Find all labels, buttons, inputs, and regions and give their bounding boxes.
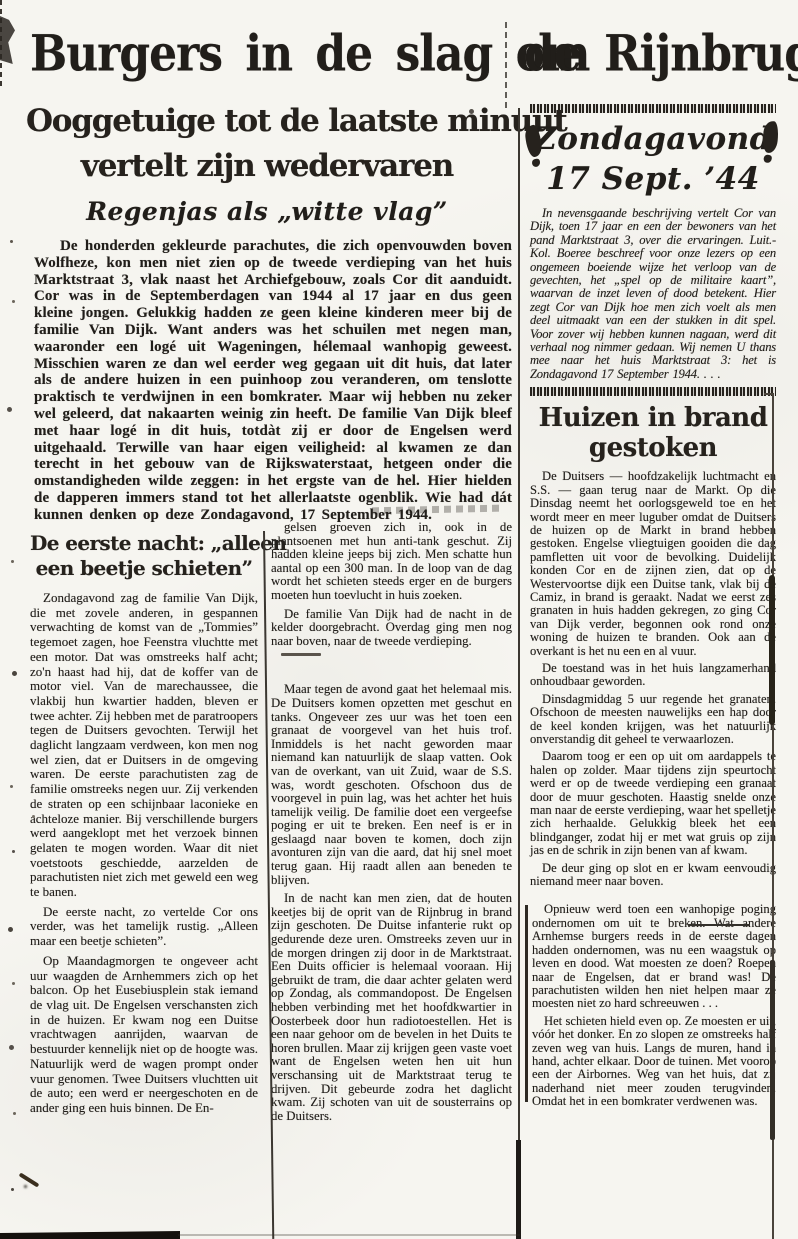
column-divider-main-heavy (516, 1140, 521, 1239)
scan-edge-bar-faint (178, 1234, 520, 1236)
subheadline: Ooggetuige tot de laatste minuut vertelt… (26, 99, 508, 189)
headline-column-divider (505, 22, 507, 108)
scan-right-edge-blob-lower (770, 960, 775, 1140)
body-paragraph: Maar tegen de avond gaat het helemaal mi… (271, 683, 512, 887)
body-paragraph: Zondagavond zag de familie Van Dijk, die… (30, 591, 258, 900)
scan-ink-blot (0, 16, 15, 64)
subheadline-line-2: vertelt zijn wedervaren (26, 144, 508, 189)
main-headline-right: de Rijnbrug (524, 30, 786, 79)
paper-scratch (19, 1172, 40, 1187)
body-paragraph: Op Maandagmorgen te ongeveer acht uur wa… (30, 954, 258, 1116)
paper-speckles (10, 240, 13, 243)
date-heading: Zondagavond 17 Sept. ’44 (530, 119, 776, 199)
body-paragraph: Opnieuw werd toen een wanhopige poging o… (532, 903, 776, 1010)
section-heading-line-1: De eerste nacht: „alleen (30, 531, 258, 556)
newspaper-page: Burgers in de slag om de Rijnbrug Oogget… (0, 0, 798, 1239)
date-heading-line-2: 17 Sept. ’44 (530, 159, 776, 199)
ink-dash-artifact (281, 653, 321, 656)
column-middle: gelsen groeven zich in, ook in de plants… (271, 521, 512, 1128)
body-paragraph: Dinsdagmiddag 5 uur regende het granaten… (530, 693, 776, 747)
scan-right-edge-tick (764, 393, 774, 395)
body-paragraph: De toestand was in het huis langzamerhan… (530, 662, 776, 689)
body-paragraph: De deur ging op slot en er kwam eenvoudi… (530, 862, 776, 889)
body-paragraph: In de nacht kan men zien, dat de houten … (271, 892, 512, 1123)
body-paragraph: De familie Van Dijk had de nacht in de k… (271, 608, 512, 649)
margin-rule-artifact (525, 905, 528, 1102)
section-heading-first-night: De eerste nacht: „alleen een beetje schi… (30, 531, 258, 581)
column-right: Zondagavond 17 Sept. ’44 In nevensgaande… (530, 104, 776, 1113)
closing-block: Opnieuw werd toen een wanhopige poging o… (530, 903, 776, 1108)
lead-paragraph: De honderden gekleurde parachutes, die z… (34, 238, 512, 524)
body-paragraph: Daarom toog er een op uit om aardappels … (530, 750, 776, 857)
underline-smudge (688, 924, 750, 926)
section-heading-huizen: Huizen in brand gestoken (530, 403, 776, 463)
main-headline-left: Burgers in de slag om (30, 30, 498, 79)
subheadline-line-1: Ooggetuige tot de laatste minuut (26, 99, 508, 144)
body-paragraph: De eerste nacht, zo vertelde Cor ons ver… (30, 905, 258, 949)
editorial-intro: In nevensgaande beschrijving vertelt Cor… (530, 207, 776, 381)
date-heading-line-1: Zondagavond (530, 119, 776, 159)
section-heading-line-2: een beetje schieten” (30, 556, 258, 581)
ornament-rule-bottom (530, 387, 776, 396)
column-left: De eerste nacht: „alleen een beetje schi… (30, 531, 258, 1121)
section-heading-line-2: gestoken (530, 433, 776, 463)
ornament-rule-top (530, 104, 776, 113)
section-heading-line-1: Huizen in brand (530, 403, 776, 433)
body-paragraph: Het schieten hield even op. Ze moesten e… (532, 1015, 776, 1109)
body-paragraph: gelsen groeven zich in, ook in de plants… (271, 521, 512, 603)
scan-right-edge-blob (769, 575, 775, 725)
column-divider-main (518, 108, 520, 1239)
kicker-headline: Regenjas als „witte vlag” (26, 197, 508, 226)
body-paragraph: De Duitsers — hoofdzakelijk luchtmacht e… (530, 470, 776, 658)
scan-edge-bar (0, 1231, 180, 1239)
